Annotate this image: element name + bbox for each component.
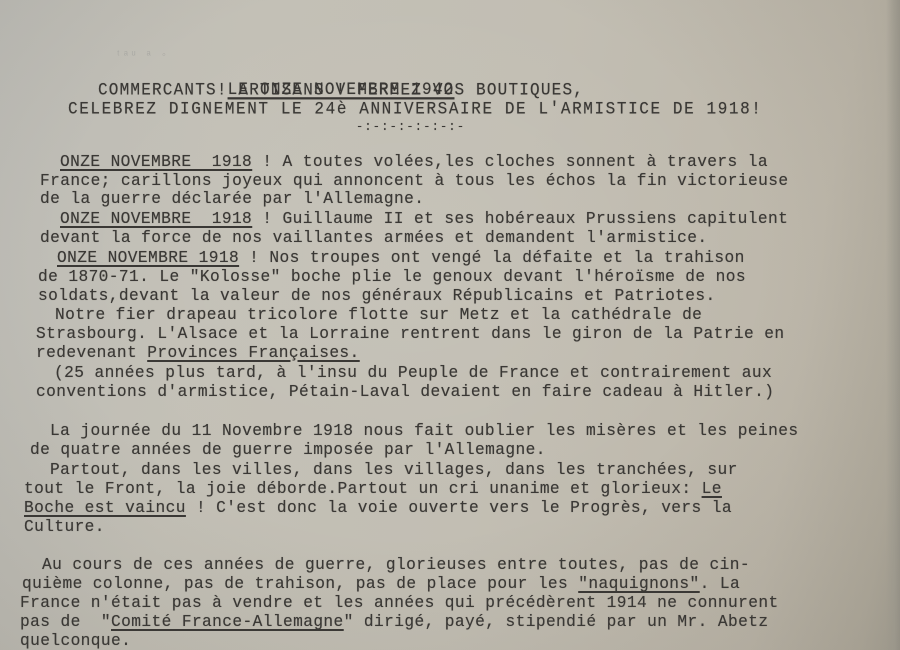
heading-separator: -:-:-:-:-:-:- <box>356 119 465 134</box>
p1-line-3: de la guerre déclarée par l'Allemagne. <box>40 190 424 208</box>
p6-line-2-text: tout le Front, la joie déborde.Partout u… <box>24 480 702 498</box>
p7-line-4: pas de "Comité France-Allemagne" dirigé,… <box>20 613 768 631</box>
p3-line-1-text: ! Nos troupes ont vengé la défaite et la… <box>239 249 745 267</box>
p4-line-3: redevenant Provinces Françaises. <box>36 344 360 362</box>
p7-line-4-end: " dirigé, payé, stipendié par un Mr. Abe… <box>344 613 769 631</box>
p4-line-3-text: redevenant <box>36 344 147 362</box>
p3-line-2: de 1870-71. Le "Kolosse" boche plie le g… <box>38 268 746 286</box>
heading-line-2: COMMERCANTS! ARTISANS ! FERMEZ VOS BOUTI… <box>98 80 584 99</box>
p4-line-2: Strasbourg. L'Alsace et la Lorraine rent… <box>36 325 784 343</box>
underlined-phrase: Le <box>702 480 722 498</box>
p7-line-3: France n'était pas à vendre et les année… <box>20 594 779 612</box>
p7-line-5: quelconque. <box>20 632 131 650</box>
p6-line-2: tout le Front, la joie déborde.Partout u… <box>24 480 722 498</box>
p7-line-1: Au cours de ces années de guerre, glorie… <box>42 556 750 574</box>
heading-line-3: CELEBREZ DIGNEMENT LE 24è ANNIVERSAIRE D… <box>68 99 763 118</box>
p7-line-2: quième colonne, pas de trahison, pas de … <box>22 575 740 593</box>
p6-line-3-text: ! C'est donc la voie ouverte vers le Pro… <box>186 499 732 517</box>
p6-line-1: Partout, dans les villes, dans les villa… <box>50 461 738 479</box>
date-underlined: ONZE NOVEMBRE 1918 <box>57 249 239 267</box>
p3-line-1: ONZE NOVEMBRE 1918 ! Nos troupes ont ven… <box>57 249 745 267</box>
p7-line-2-text: quième colonne, pas de trahison, pas de … <box>22 575 578 593</box>
p4-line-4: (25 années plus tard, à l'insu du Peuple… <box>54 364 772 382</box>
p7-line-4-text: pas de " <box>20 613 111 631</box>
underlined-phrase: Comité France-Allemagne <box>111 613 344 631</box>
p4-line-1: Notre fier drapeau tricolore flotte sur … <box>55 306 702 324</box>
underlined-phrase: "naquignons" <box>578 575 699 593</box>
date-underlined: ONZE NOVEMBRE 1918 <box>60 153 252 171</box>
underlined-phrase: Boche est vaincu <box>24 499 186 517</box>
p5-line-1: La journée du 11 Novembre 1918 nous fait… <box>50 422 798 440</box>
p6-line-3: Boche est vaincu ! C'est donc la voie ou… <box>24 499 732 517</box>
p1-line-2: France; carillons joyeux qui annoncent à… <box>40 172 788 190</box>
p2-line-1: ONZE NOVEMBRE 1918 ! Guillaume II et ses… <box>60 210 788 228</box>
p5-line-2: de quatre années de guerre imposée par l… <box>30 441 546 459</box>
p1-line-1-text: ! A toutes volées,les cloches sonnent à … <box>252 153 768 171</box>
p1-line-1: ONZE NOVEMBRE 1918 ! A toutes volées,les… <box>60 153 768 171</box>
p2-line-2: devant la force de nos vaillantes armées… <box>40 229 708 247</box>
p6-line-4: Culture. <box>24 518 105 536</box>
p3-line-3: soldats,devant la valeur de nos généraux… <box>38 287 716 305</box>
paper-edge-shadow <box>886 0 900 650</box>
p4-line-5: conventions d'armistice, Pétain-Laval de… <box>36 383 774 401</box>
p7-line-2-end: . La <box>700 575 740 593</box>
underlined-phrase: Provinces Françaises. <box>147 344 359 362</box>
date-underlined: ONZE NOVEMBRE 1918 <box>60 210 252 228</box>
p2-line-1-text: ! Guillaume II et ses hobéreaux Prussien… <box>252 210 788 228</box>
margin-stamp: ᵗᵃᵘ ᵃ ◦ <box>115 50 168 62</box>
